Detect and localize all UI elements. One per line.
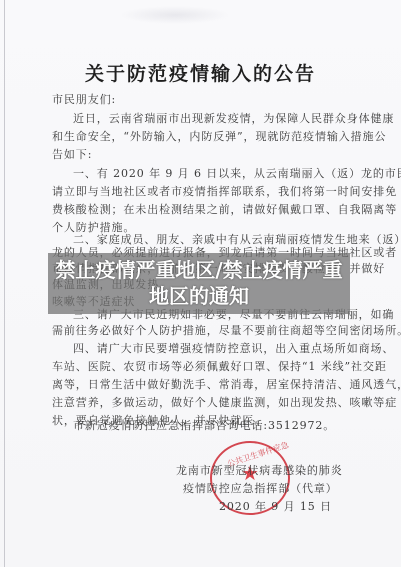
hotline-line: 市新冠疫情防控应急指挥部咨询电话:3512972。	[73, 417, 335, 433]
body-line: 注意营养，多做运动，做好个人健康监测，如出现发热、咳嗽等症	[52, 394, 397, 410]
body-line: 近日，云南省瑞丽市出现新发疫情，为保障人民群众身体健康	[73, 110, 394, 126]
body-line: 离等，日常生活中做好勤洗手、常消毒，居室保持清洁、通风透气，	[52, 376, 401, 392]
body-line: 请立即与当地社区或者市疫情指挥部联系，我们将第一时间安排免	[52, 183, 397, 199]
scan-smudge	[120, 6, 230, 24]
document-page: 关于防范疫情输入的公告 市民朋友们: 近日，云南省瑞丽市出现新发疫情，为保障人民…	[0, 0, 401, 567]
body-line: 需前往务必做好个人防护措施，尽量不要前往商超等空间密闭场所。	[52, 322, 401, 338]
greeting: 市民朋友们:	[52, 91, 116, 107]
body-line: 费核酸检测；在未出检测结果之前，请做好佩戴口罩、自我隔离等	[52, 201, 397, 217]
body-line: 一、有 2020 年 9 月 6 日以来，从云南瑞丽入（返）龙的市民，	[73, 165, 401, 181]
signature-org-line1: 龙南市新型冠状病毒感染的肺炎	[176, 462, 343, 478]
body-line: 车站、医院、农贸市场等必须佩戴好口罩、保持“1 米线”社交距	[52, 358, 387, 374]
signature-date: 2020 年 9 月 15 日	[219, 498, 332, 514]
body-line: 告如下:	[52, 146, 92, 162]
document-title: 关于防范疫情输入的公告	[0, 59, 401, 86]
overlay-headline: 禁止疫情严重地区/禁止疫情严重地区的通知	[48, 257, 350, 309]
body-line: 和生命安全，“外防输入，内防反弹”，现就防范疫情输入措施公	[52, 128, 386, 144]
body-line: 四、请广大市民要增强疫情防控意识，出入重点场所如商场、	[73, 340, 394, 356]
headline-overlay: 禁止疫情严重地区/禁止疫情严重地区的通知	[48, 253, 350, 314]
signature-org-line2: 疫情防控应急指挥部（代章）	[183, 480, 338, 496]
